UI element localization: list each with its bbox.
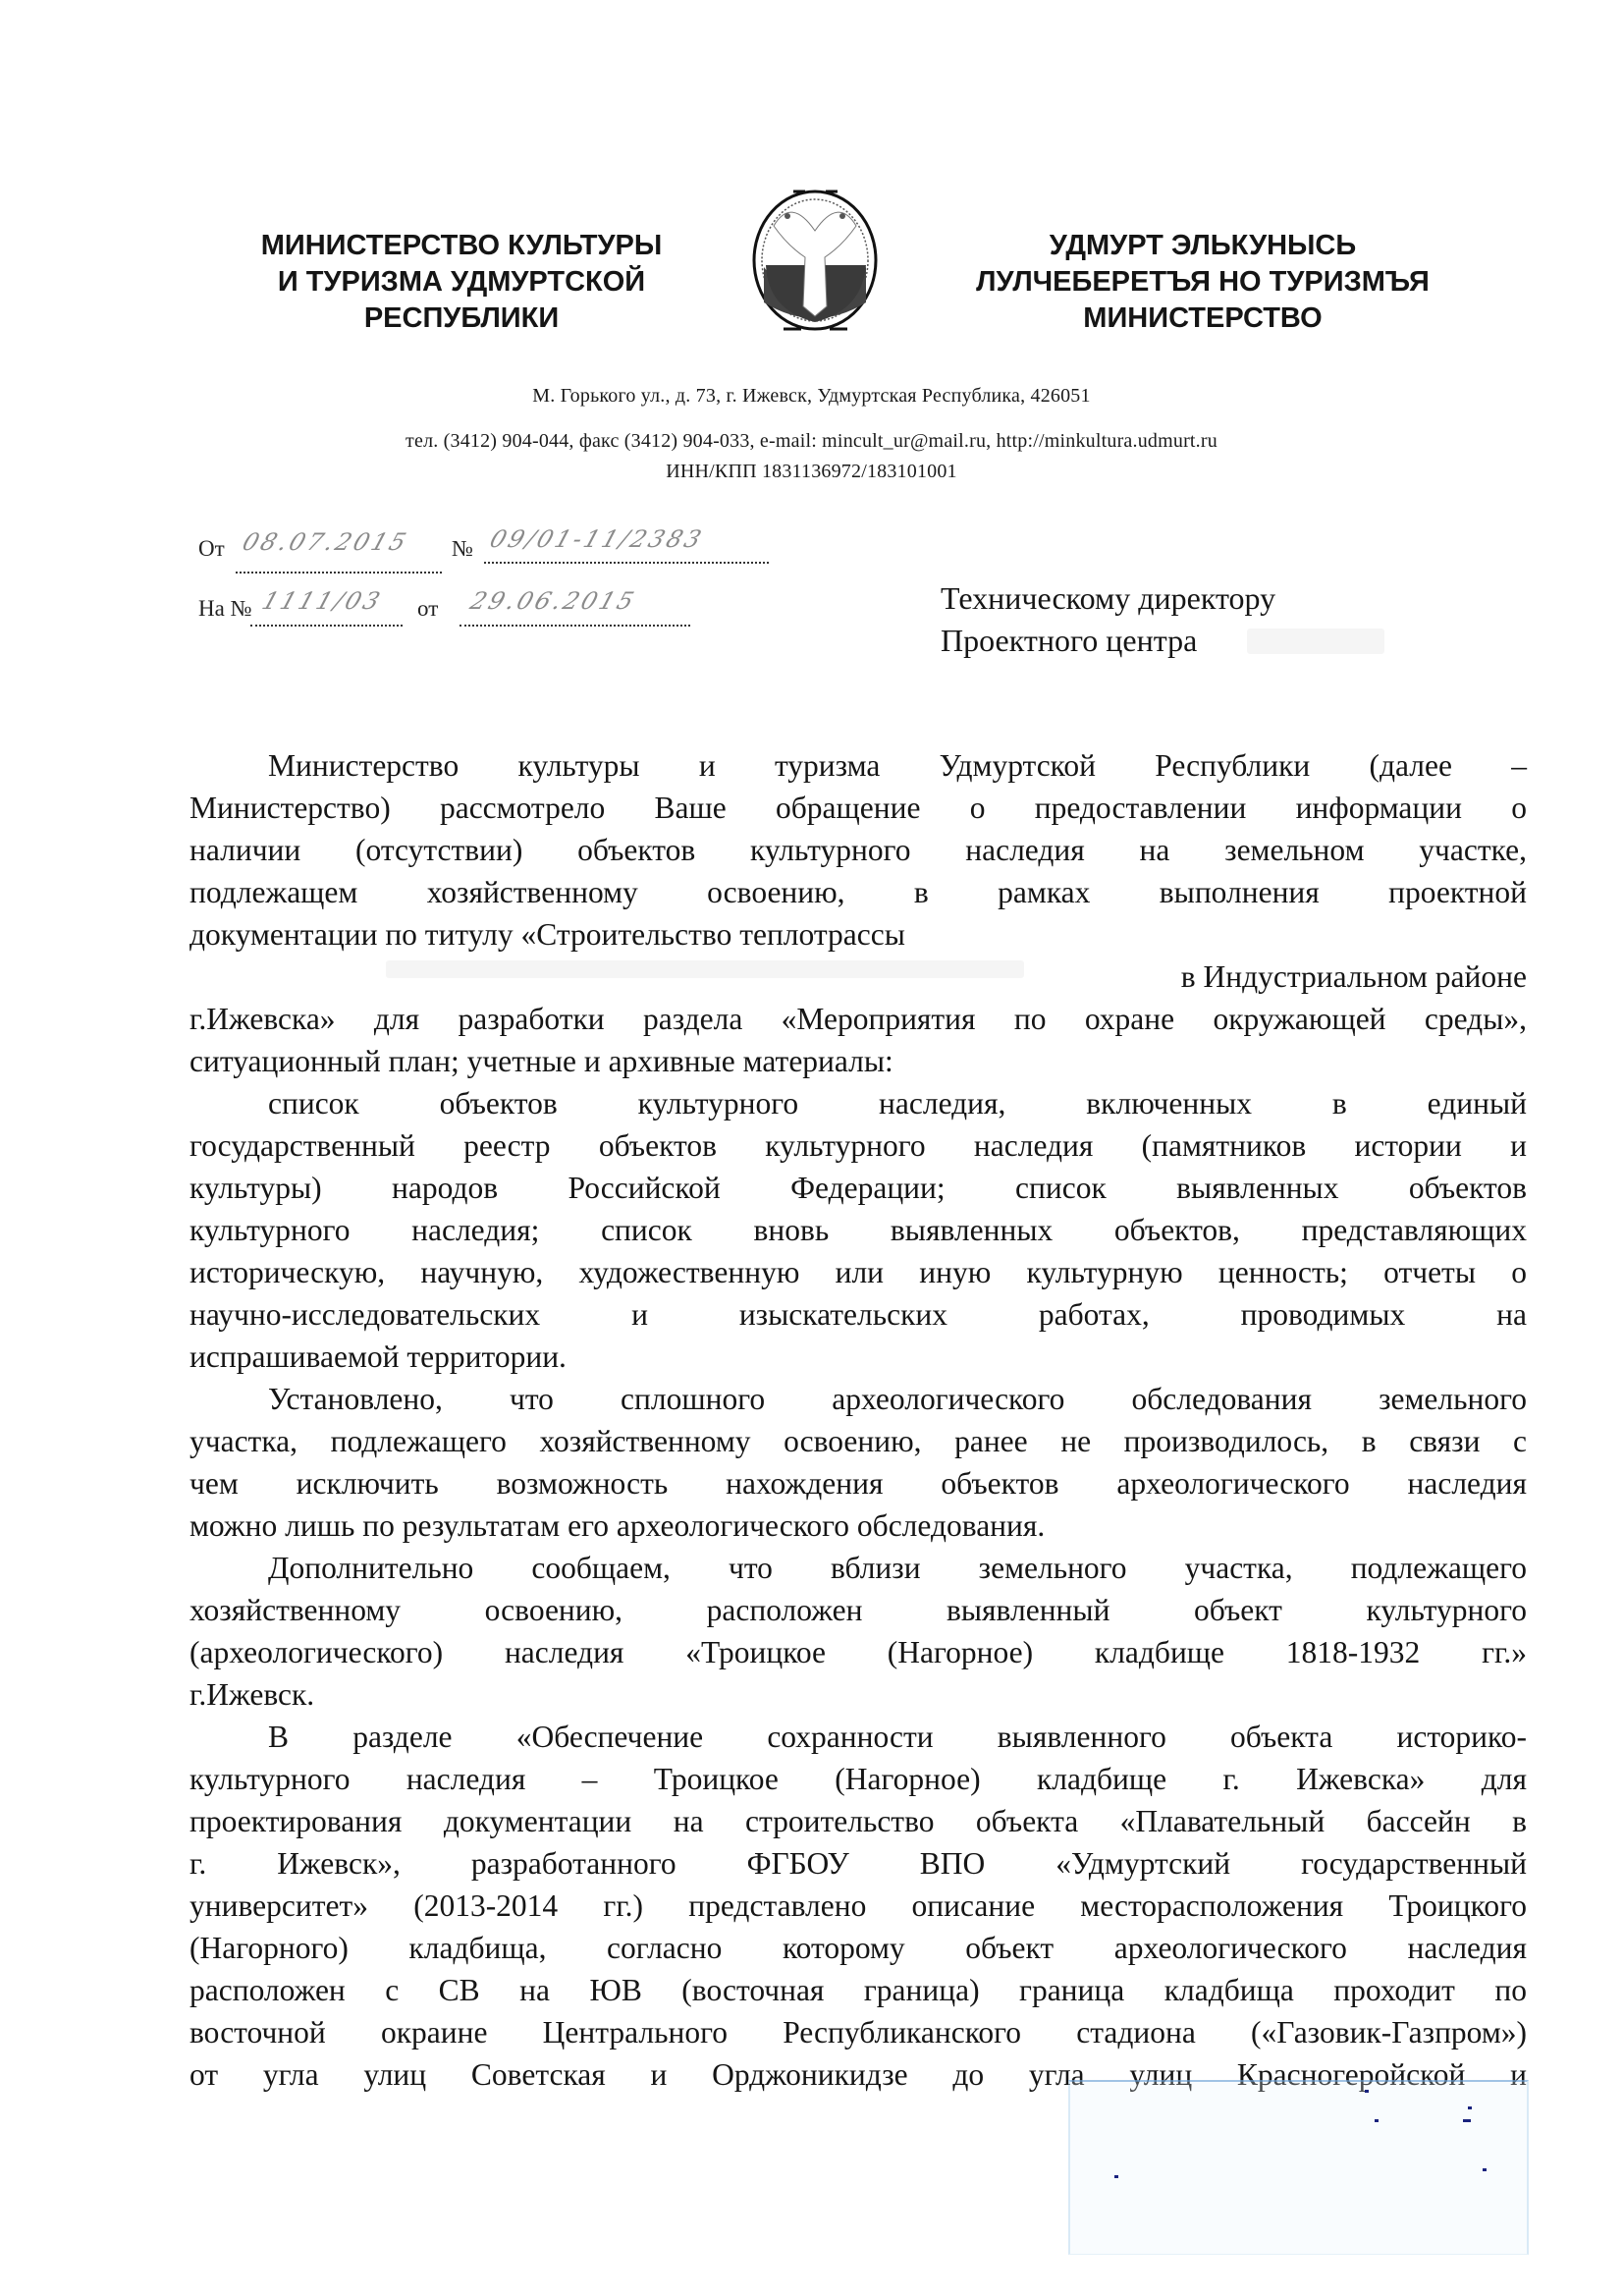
number-label: № xyxy=(452,536,473,562)
stamp-mark xyxy=(1483,2168,1487,2171)
reply-to-date-handwritten: 29.06.2015 xyxy=(466,587,640,615)
body-line: научно-исследовательских и изыскательски… xyxy=(189,1295,1527,1335)
body-line: наличии (отсутствии) объектов культурног… xyxy=(189,831,1527,870)
body-line: (археологического) наследия «Троицкое (Н… xyxy=(189,1633,1527,1672)
letterhead-ministry-name-udmurt: УДМУРТ ЭЛЬКУНЫСЬ ЛУЛЧЕБЕРЕТЪЯ НО ТУРИЗМЪ… xyxy=(928,228,1478,337)
outgoing-number-underline xyxy=(484,562,769,564)
reply-to-number-label: На № xyxy=(198,596,252,622)
addressee-line: Техническому директору xyxy=(941,577,1275,620)
body-line: документации по титулу «Строительство те… xyxy=(189,915,1527,955)
body-line: Министерство) рассмотрело Ваше обращение… xyxy=(189,789,1527,828)
ministry-address: М. Горького ул., д. 73, г. Ижевск, Удмур… xyxy=(0,385,1623,408)
body-line: историческую, научную, художественную ил… xyxy=(189,1253,1527,1292)
body-line: (Нагорного) кладбища, согласно которому … xyxy=(189,1929,1527,1968)
body-line: г.Ижевска» для разработки раздела «Мероп… xyxy=(189,1000,1527,1039)
stamp-mark xyxy=(1375,2119,1379,2122)
body-line: университет» (2013-2014 гг.) представлен… xyxy=(189,1886,1527,1926)
from-date-handwritten: 08.07.2015 xyxy=(239,528,412,556)
body-line: хозяйственному освоению, расположен выяв… xyxy=(189,1591,1527,1630)
letterhead-line: МИНИСТЕРСТВО КУЛЬТУРЫ xyxy=(221,228,702,264)
redacted-area xyxy=(1247,629,1384,654)
body-line: чем исключить возможность нахождения объ… xyxy=(189,1464,1527,1503)
letterhead-line: УДМУРТ ЭЛЬКУНЫСЬ xyxy=(928,228,1478,264)
udmurt-coat-of-arms-icon xyxy=(744,187,887,334)
body-line: подлежащем хозяйственному освоению, в ра… xyxy=(189,873,1527,912)
body-line: культуры) народов Российской Федерации; … xyxy=(189,1169,1527,1208)
stamp-mark xyxy=(1463,2119,1471,2122)
stamp-mark xyxy=(1365,2090,1369,2093)
letterhead-line: ЛУЛЧЕБЕРЕТЪЯ НО ТУРИЗМЪЯ xyxy=(928,264,1478,301)
body-line: ситуационный план; учетные и архивные ма… xyxy=(189,1042,1527,1081)
body-line: расположен с СВ на ЮВ (восточная граница… xyxy=(189,1971,1527,2010)
letterhead-line: МИНИСТЕРСТВО xyxy=(928,301,1478,337)
body-line: проектирования документации на строитель… xyxy=(189,1802,1527,1841)
body-line: Министерство культуры и туризма Удмуртск… xyxy=(189,746,1527,786)
addressee-line: Проектного центра xyxy=(941,620,1197,662)
body-line: восточной окраине Центрального Республик… xyxy=(189,2013,1527,2052)
ministry-inn-kpp: ИНН/КПП 1831136972/183101001 xyxy=(0,461,1623,483)
body-line: Установлено, что сплошного археологическ… xyxy=(189,1380,1527,1419)
body-line: список объектов культурного наследия, вк… xyxy=(189,1084,1527,1123)
body-line: государственный реестр объектов культурн… xyxy=(189,1126,1527,1166)
body-line: г. Ижевск», разработанного ФГБОУ ВПО «Уд… xyxy=(189,1844,1527,1884)
from-date-label: От xyxy=(198,536,225,562)
body-line: участка, подлежащего хозяйственному осво… xyxy=(189,1422,1527,1461)
reply-to-date-label: от xyxy=(417,596,438,622)
body-line: испрашиваемой территории. xyxy=(189,1338,1527,1377)
ministry-contacts: тел. (3412) 904-044, факс (3412) 904-033… xyxy=(0,430,1623,453)
outgoing-number-handwritten: 09/01-11/2383 xyxy=(486,525,707,553)
body-line: можно лишь по результатам его археологич… xyxy=(189,1506,1527,1546)
reply-to-number-underline xyxy=(250,625,403,627)
letterhead-line: И ТУРИЗМА УДМУРТСКОЙ xyxy=(221,264,702,301)
reply-to-number-handwritten: 1111/03 xyxy=(258,587,386,615)
letterhead-line: РЕСПУБЛИКИ xyxy=(221,301,702,337)
stamp-mark xyxy=(1114,2175,1118,2178)
body-line: г.Ижевск. xyxy=(189,1675,1527,1715)
body-line: культурного наследия – Троицкое (Нагорно… xyxy=(189,1760,1527,1799)
from-date-underline xyxy=(236,572,442,574)
body-line: Дополнительно сообщаем, что вблизи земел… xyxy=(189,1549,1527,1588)
body-line: культурного наследия; список вновь выявл… xyxy=(189,1211,1527,1250)
stamp-mark xyxy=(1468,2106,1472,2109)
letterhead-ministry-name-russian: МИНИСТЕРСТВО КУЛЬТУРЫ И ТУРИЗМА УДМУРТСК… xyxy=(221,228,702,337)
body-line: в Индустриальном районе xyxy=(189,957,1527,997)
body-line: В разделе «Обеспечение сохранности выявл… xyxy=(189,1718,1527,1757)
reply-to-date-underline xyxy=(460,625,690,627)
approval-stamp xyxy=(1068,2080,1529,2255)
